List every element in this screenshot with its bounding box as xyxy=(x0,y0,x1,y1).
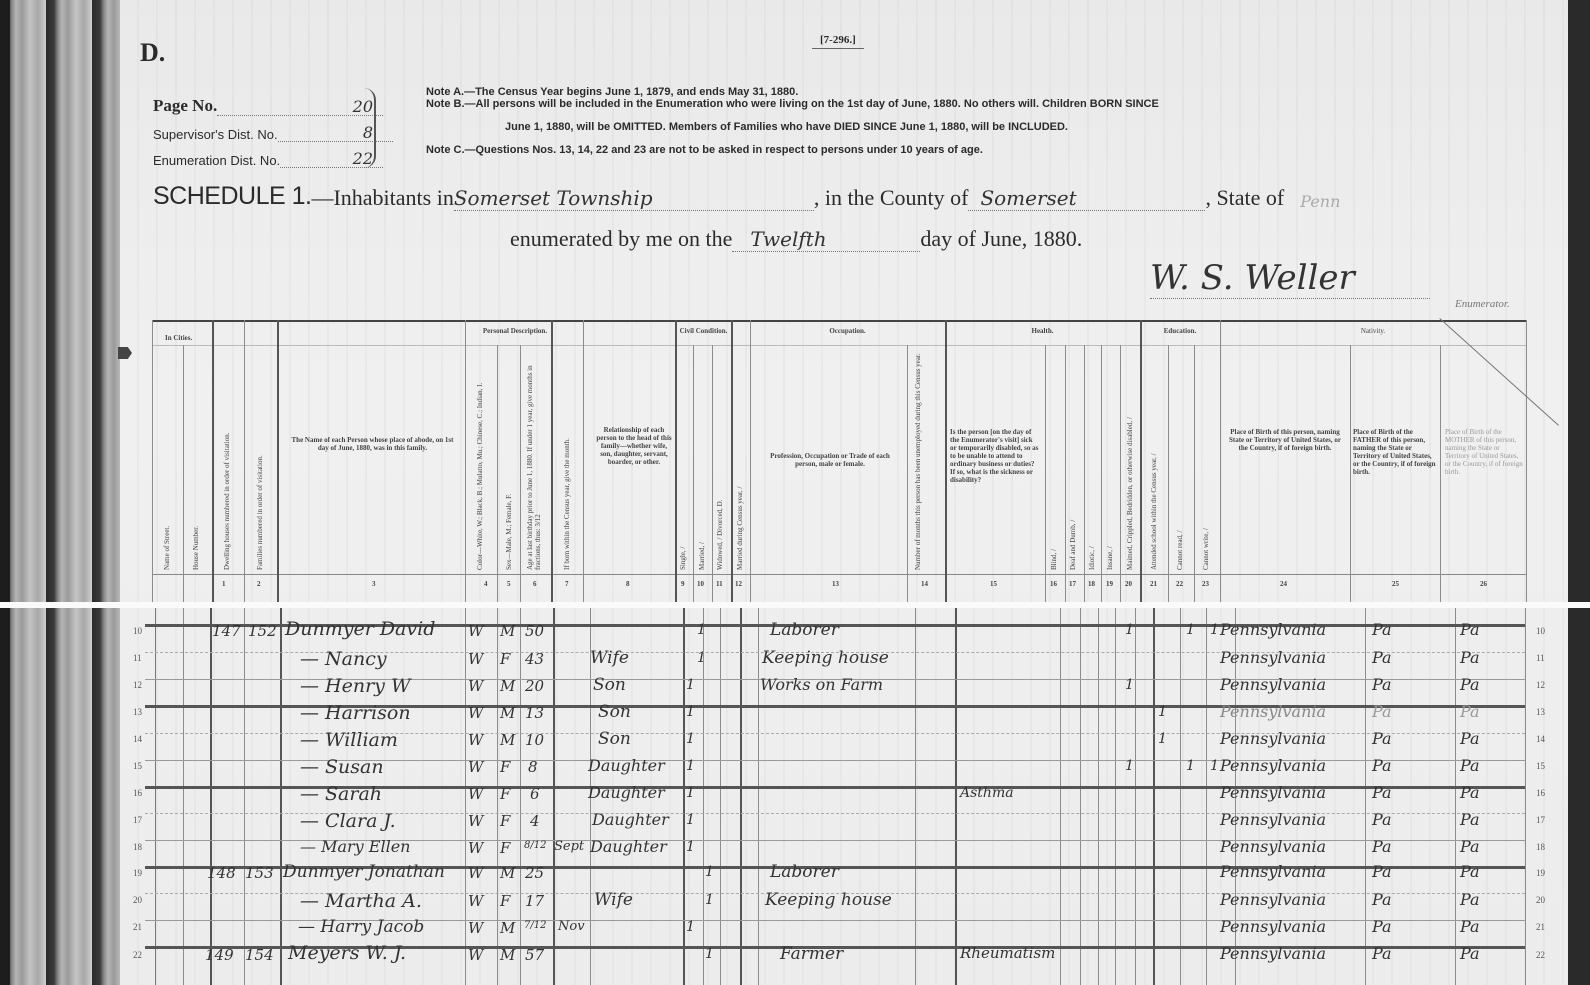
sex: F xyxy=(500,892,510,910)
state-value: Penn xyxy=(1300,192,1340,211)
schedule-title: SCHEDULE 1. xyxy=(153,182,311,211)
col-number: 9 xyxy=(681,580,685,588)
mother-birthplace: Pa xyxy=(1460,729,1480,748)
person-name: — Susan xyxy=(300,756,384,778)
age: 7/12 xyxy=(524,920,546,931)
sickness: Asthma xyxy=(960,785,1014,801)
line-number-right: 13 xyxy=(1536,707,1545,717)
mother-birthplace: Pa xyxy=(1460,862,1480,881)
page-label: Page No. xyxy=(153,96,217,116)
sex: F xyxy=(500,650,510,668)
birthplace: Pennsylvania xyxy=(1220,890,1326,909)
age: 10 xyxy=(525,731,544,749)
mother-birthplace: Pa xyxy=(1460,648,1480,667)
father-birthplace: Pa xyxy=(1372,890,1392,909)
mother-birthplace: Pa xyxy=(1460,944,1480,963)
mother-birthplace: Pa xyxy=(1460,756,1480,775)
father-birthplace: Pa xyxy=(1372,810,1392,829)
line-number: 20 xyxy=(133,895,142,905)
person-name: Meyers W. J. xyxy=(288,942,406,964)
cannot-write-mark: 1 xyxy=(1210,622,1219,638)
note-a: Note A.—The Census Year begins June 1, 1… xyxy=(426,86,798,98)
father-birthplace: Pa xyxy=(1372,756,1392,775)
person-name: — Sarah xyxy=(300,783,382,805)
married-mark: 1 xyxy=(697,622,706,638)
occupation: Keeping house xyxy=(762,648,889,668)
mother-birthplace: Pa xyxy=(1460,675,1480,694)
day-value: Twelfth xyxy=(732,227,920,252)
line-number-right: 17 xyxy=(1536,815,1545,825)
line-number: 16 xyxy=(133,788,142,798)
state-label: , State of xyxy=(1205,185,1284,211)
occupation: Keeping house xyxy=(765,890,892,910)
color: W xyxy=(468,946,483,964)
mother-birthplace: Pa xyxy=(1460,890,1480,909)
col-number: 22 xyxy=(1176,580,1183,588)
family-number: 153 xyxy=(245,864,274,882)
age: 43 xyxy=(525,650,544,668)
header-deaf: Deaf and Dumb, / xyxy=(1069,480,1077,570)
mother-birthplace: Pa xyxy=(1460,783,1480,802)
line-number: 19 xyxy=(133,868,142,878)
relationship: Son xyxy=(593,675,626,695)
col-number: 25 xyxy=(1392,580,1399,588)
birthplace: Pennsylvania xyxy=(1220,675,1326,694)
birthplace: Pennsylvania xyxy=(1220,917,1326,936)
birthplace: Pennsylvania xyxy=(1220,620,1326,639)
col-number: 24 xyxy=(1280,580,1287,588)
line-number: 11 xyxy=(133,653,142,663)
col-number: 5 xyxy=(507,580,511,588)
col-number: 10 xyxy=(697,580,704,588)
sex: M xyxy=(500,677,515,695)
note-b-line1: Note B.—All persons will be included in … xyxy=(426,98,1159,110)
mother-birthplace: Pa xyxy=(1460,810,1480,829)
date-suffix: day of June, 1880. xyxy=(920,226,1082,252)
dwelling-number: 147 xyxy=(212,622,241,640)
binding-edge xyxy=(1568,0,1590,985)
line-number-right: 16 xyxy=(1536,788,1545,798)
father-birthplace: Pa xyxy=(1372,729,1392,748)
col-number: 20 xyxy=(1125,580,1132,588)
person-name: — Harrison xyxy=(300,702,411,724)
header-born-within-year: If born within the Census year, give the… xyxy=(563,380,571,570)
birthplace: Pennsylvania xyxy=(1220,837,1326,856)
sex: M xyxy=(500,946,515,964)
color: W xyxy=(468,650,483,668)
mother-birthplace: Pa xyxy=(1460,917,1480,936)
married-mark: 1 xyxy=(705,864,714,880)
line-number-right: 10 xyxy=(1536,626,1545,636)
form-meta: Page No. 20 Supervisor's Dist. No. 8 Enu… xyxy=(153,92,373,168)
sex: F xyxy=(500,812,510,830)
line-number: 17 xyxy=(133,815,142,825)
enumeration-label: Enumeration Dist. No. xyxy=(153,153,280,168)
father-birthplace: Pa xyxy=(1372,783,1392,802)
sex: M xyxy=(500,704,515,722)
maimed-mark: 1 xyxy=(1125,758,1134,774)
single-mark: 1 xyxy=(686,677,695,693)
single-mark: 1 xyxy=(686,919,695,935)
col-number: 17 xyxy=(1069,580,1076,588)
header-cannot-read: Cannot read, / xyxy=(1176,500,1184,570)
relationship: Daughter xyxy=(590,837,667,856)
birthplace: Pennsylvania xyxy=(1220,783,1326,802)
line-number-right: 21 xyxy=(1536,922,1545,932)
color: W xyxy=(468,622,483,640)
col-number: 13 xyxy=(832,580,839,588)
line-number-right: 12 xyxy=(1536,680,1545,690)
header-families: Families numbered in order of visitation… xyxy=(256,400,264,570)
relationship: Daughter xyxy=(588,783,665,802)
mother-birthplace: Pa xyxy=(1460,620,1480,639)
birth-month: Nov xyxy=(558,919,585,934)
header-health: Health. xyxy=(945,327,1140,335)
relationship: Wife xyxy=(594,890,633,910)
header-insane: Insane, / xyxy=(1106,520,1114,570)
color: W xyxy=(468,812,483,830)
header-name-of-street: Name of Street. xyxy=(163,480,171,570)
occupation: Laborer xyxy=(770,620,839,640)
single-mark: 1 xyxy=(686,839,695,855)
occupation: Farmer xyxy=(780,944,843,964)
color: W xyxy=(468,892,483,910)
relationship: Daughter xyxy=(588,756,665,775)
header-age: Age at last birthday prior to June 1, 18… xyxy=(526,355,542,570)
sex: F xyxy=(500,785,510,803)
married-mark: 1 xyxy=(705,892,714,908)
relationship: Son xyxy=(598,702,631,722)
col-number: 18 xyxy=(1088,580,1095,588)
col-number: 7 xyxy=(565,580,569,588)
single-mark: 1 xyxy=(686,785,695,801)
person-name: Dunmyer David xyxy=(285,618,435,640)
age: 50 xyxy=(525,622,544,640)
col-number: 16 xyxy=(1050,580,1057,588)
sex: F xyxy=(500,839,510,857)
occupation: Works on Farm xyxy=(760,675,883,694)
mother-birthplace: Pa xyxy=(1460,837,1480,856)
line-number-right: 19 xyxy=(1536,868,1545,878)
birthplace: Pennsylvania xyxy=(1220,862,1326,881)
note-b-line2: June 1, 1880, will be OMITTED. Members o… xyxy=(505,121,1068,133)
enumerated-label: enumerated by me on the xyxy=(510,226,732,252)
township-value: Somerset Township xyxy=(454,186,814,211)
col-number: 14 xyxy=(921,580,928,588)
header-married-during-year: Married during Census year, / xyxy=(736,430,744,570)
col-number: 21 xyxy=(1150,580,1157,588)
person-name: — Harry Jacob xyxy=(298,917,424,937)
frame-split xyxy=(0,602,1590,608)
mother-birthplace: Pa xyxy=(1460,702,1480,721)
header-idiotic: Idiotic, / xyxy=(1088,520,1096,570)
enumerator-signature: W. S. Weller xyxy=(1150,258,1430,299)
col-number: 15 xyxy=(990,580,997,588)
header-dwelling: Dwelling houses numbered in order of vis… xyxy=(223,380,231,570)
ledger-page-edges xyxy=(0,0,135,985)
line-number: 18 xyxy=(133,842,142,852)
birthplace: Pennsylvania xyxy=(1220,944,1326,963)
father-birthplace: Pa xyxy=(1372,917,1392,936)
birth-month: Sept xyxy=(554,839,584,854)
header-single: Single, / xyxy=(679,520,687,570)
col-number: 6 xyxy=(533,580,537,588)
form-code: [7-296.] xyxy=(812,34,864,49)
sex: F xyxy=(500,758,510,776)
age: 20 xyxy=(525,677,544,695)
maimed-mark: 1 xyxy=(1125,622,1134,638)
father-birthplace: Pa xyxy=(1372,702,1392,721)
col-number: 26 xyxy=(1480,580,1487,588)
header-relationship: Relationship of each person to the head … xyxy=(596,426,672,466)
color: W xyxy=(468,864,483,882)
header-education: Education. xyxy=(1140,327,1220,335)
county-value: Somerset xyxy=(968,186,1205,211)
header-attended-school: Attended school within the Census year, … xyxy=(1150,390,1158,570)
header-months-unemployed: Number of months this person has been un… xyxy=(914,350,932,570)
header-sick: Is the person [on the day of the Enumera… xyxy=(950,428,1040,484)
age: 13 xyxy=(525,704,544,722)
header-house-number: House Number. xyxy=(192,480,200,570)
birthplace: Pennsylvania xyxy=(1220,756,1326,775)
header-color: Color—White, W.; Black, B.; Mulatto, Mu.… xyxy=(476,355,492,570)
father-birthplace: Pa xyxy=(1372,620,1392,639)
age: 4 xyxy=(530,812,540,830)
header-name: The Name of each Person whose place of a… xyxy=(290,436,455,452)
header-birth-father: Place of Birth of the FATHER of this per… xyxy=(1353,428,1438,476)
person-name: — Martha A. xyxy=(300,890,422,912)
line-number-right: 22 xyxy=(1536,950,1545,960)
age: 6 xyxy=(530,785,540,803)
relationship: Daughter xyxy=(592,810,669,829)
header-personal-description: Personal Description. xyxy=(480,327,550,335)
cannot-read-mark: 1 xyxy=(1186,622,1195,638)
col-number: 19 xyxy=(1106,580,1113,588)
form-letter: D. xyxy=(140,38,165,68)
single-mark: 1 xyxy=(686,812,695,828)
father-birthplace: Pa xyxy=(1372,675,1392,694)
header-profession: Profession, Occupation or Trade of each … xyxy=(765,452,895,468)
occupation: Laborer xyxy=(770,862,839,882)
person-name: Dunmyer Jonathan xyxy=(283,862,445,882)
line-number: 21 xyxy=(133,922,142,932)
family-number: 154 xyxy=(245,946,274,964)
age: 8/12 xyxy=(524,840,546,851)
person-name: — Henry W xyxy=(300,675,410,697)
line-number: 12 xyxy=(133,680,142,690)
sex: M xyxy=(500,864,515,882)
line-number-right: 14 xyxy=(1536,734,1545,744)
color: W xyxy=(468,704,483,722)
cannot-read-mark: 1 xyxy=(1186,758,1195,774)
sex: M xyxy=(500,622,515,640)
cannot-write-mark: 1 xyxy=(1210,758,1219,774)
header-birth-mother: Place of Birth of the MOTHER of this per… xyxy=(1445,428,1525,476)
sex: M xyxy=(500,919,515,937)
enumerator-label: Enumerator. xyxy=(1455,298,1510,310)
color: W xyxy=(468,785,483,803)
dwelling-number: 149 xyxy=(205,946,234,964)
line-number: 10 xyxy=(133,626,142,636)
county-label: , in the County of xyxy=(814,185,969,211)
header-birth-person: Place of Birth of this person, naming St… xyxy=(1225,428,1345,452)
enumerated-line: enumerated by me on the Twelfth day of J… xyxy=(510,226,1082,252)
schedule-line: SCHEDULE 1. —Inhabitants in Somerset Tow… xyxy=(153,182,1340,211)
header-in-cities: In Cities. xyxy=(165,334,192,342)
col-number: 1 xyxy=(222,580,226,588)
birthplace: Pennsylvania xyxy=(1220,702,1326,721)
birthplace: Pennsylvania xyxy=(1220,648,1326,667)
note-c: Note C.—Questions Nos. 13, 14, 22 and 23… xyxy=(426,144,983,156)
father-birthplace: Pa xyxy=(1372,862,1392,881)
person-name: — Nancy xyxy=(300,648,387,670)
relationship: Son xyxy=(598,729,631,749)
school-mark: 1 xyxy=(1158,704,1167,720)
age: 25 xyxy=(525,864,544,882)
person-name: — Mary Ellen xyxy=(300,837,410,856)
single-mark: 1 xyxy=(686,704,695,720)
inhabitants-label: —Inhabitants in xyxy=(311,185,453,211)
color: W xyxy=(468,677,483,695)
line-number: 15 xyxy=(133,761,142,771)
age: 8 xyxy=(528,758,538,776)
header-married: Married, / xyxy=(698,520,706,570)
single-mark: 1 xyxy=(686,731,695,747)
color: W xyxy=(468,731,483,749)
person-name: — William xyxy=(300,729,398,751)
header-maimed: Maimed, Crippled, Bedridden, or otherwis… xyxy=(1126,350,1134,570)
maimed-mark: 1 xyxy=(1125,677,1134,693)
line-number: 14 xyxy=(133,734,142,744)
color: W xyxy=(468,839,483,857)
age: 17 xyxy=(525,892,544,910)
col-number: 8 xyxy=(626,580,630,588)
header-cannot-write: Cannot write, / xyxy=(1202,500,1210,570)
col-number: 11 xyxy=(716,580,723,588)
line-number-right: 18 xyxy=(1536,842,1545,852)
color: W xyxy=(468,758,483,776)
bracket xyxy=(362,88,376,168)
header-sex: Sex—Male, M.; Female, F. xyxy=(505,440,513,570)
header-occupation: Occupation. xyxy=(750,327,945,335)
line-number-right: 20 xyxy=(1536,895,1545,905)
header-widowed: Widowed, / Divorced, D. xyxy=(716,460,724,570)
line-number: 22 xyxy=(133,950,142,960)
dwelling-number: 148 xyxy=(207,864,236,882)
single-mark: 1 xyxy=(686,758,695,774)
supervisor-label: Supervisor's Dist. No. xyxy=(153,127,278,142)
line-number: 13 xyxy=(133,707,142,717)
person-name: — Clara J. xyxy=(300,810,396,832)
school-mark: 1 xyxy=(1158,731,1167,747)
color: W xyxy=(468,919,483,937)
col-number: 2 xyxy=(257,580,261,588)
married-mark: 1 xyxy=(705,946,714,962)
col-number: 3 xyxy=(372,580,376,588)
birthplace: Pennsylvania xyxy=(1220,810,1326,829)
father-birthplace: Pa xyxy=(1372,837,1392,856)
header-civil-condition: Civil Condition. xyxy=(676,327,731,335)
married-mark: 1 xyxy=(697,650,706,666)
line-number-right: 15 xyxy=(1536,761,1545,771)
sickness: Rheumatism xyxy=(960,944,1055,962)
family-number: 152 xyxy=(248,622,277,640)
father-birthplace: Pa xyxy=(1372,648,1392,667)
birthplace: Pennsylvania xyxy=(1220,729,1326,748)
col-number: 23 xyxy=(1202,580,1209,588)
relationship: Wife xyxy=(590,648,629,668)
col-number: 12 xyxy=(735,580,742,588)
line-number-right: 11 xyxy=(1536,653,1545,663)
header-blind: Blind, / xyxy=(1050,520,1058,570)
sex: M xyxy=(500,731,515,749)
father-birthplace: Pa xyxy=(1372,944,1392,963)
col-number: 4 xyxy=(484,580,488,588)
age: 57 xyxy=(525,946,544,964)
header-nativity: Nativity. xyxy=(1220,327,1526,335)
